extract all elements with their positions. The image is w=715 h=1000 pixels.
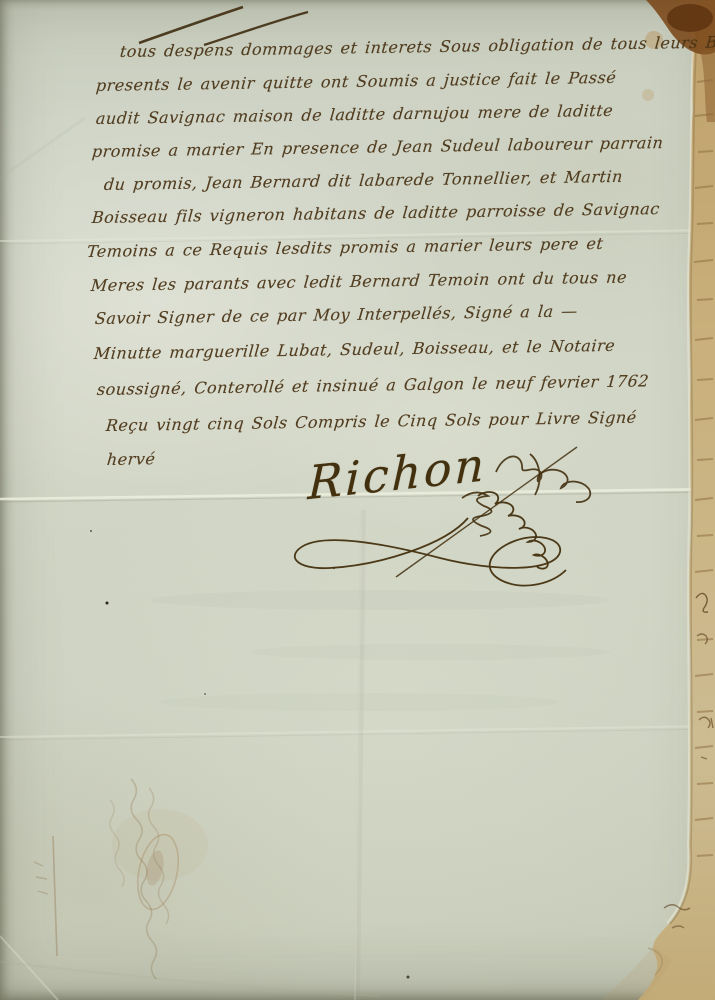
flourish-knot bbox=[462, 492, 492, 536]
top-pen-strokes bbox=[139, 7, 308, 45]
flourish-coil bbox=[478, 492, 548, 569]
manuscript-page: tous despens dommages et interets Sous o… bbox=[0, 0, 715, 1000]
flourish-diagonal bbox=[396, 447, 577, 577]
flourish-rings bbox=[538, 470, 591, 502]
pen-stroke bbox=[204, 12, 308, 45]
ink-flourish-layer bbox=[0, 0, 715, 1000]
signature-flourish bbox=[295, 447, 590, 586]
